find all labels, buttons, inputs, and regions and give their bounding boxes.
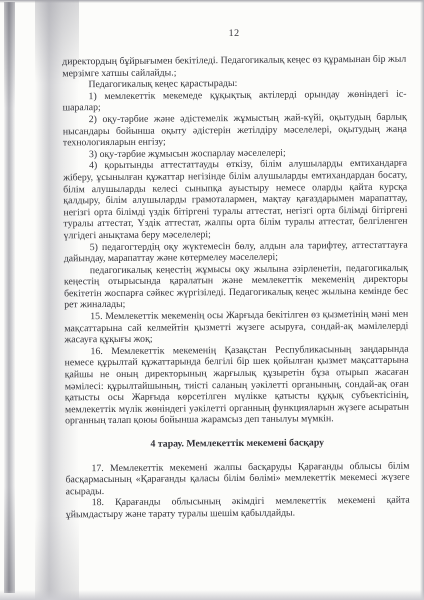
paragraph: 17. Мемлекеттік мекемені жалпы басқаруды… <box>65 460 409 497</box>
paragraph: 5) педагогтердің оқу жүктемесін бөлу, ал… <box>64 239 408 265</box>
chapter-heading: 4 тарау. Мемлекеттік мекемені басқару <box>65 437 409 451</box>
paragraph: 15. Мемлекеттік мекеменің осы Жарғыда бе… <box>64 309 408 346</box>
paragraph: 1) мемлекеттік мекемеде құқықтық актілер… <box>62 88 406 114</box>
paragraph: 16. Мемлекеттік мекеменің Қазақстан Респ… <box>64 343 409 427</box>
scanned-page: 12 директордың бұйрығымен бекітіледі. Пе… <box>0 0 424 600</box>
paragraph: 18. Қарағанды облысының әкімдігі мемлеке… <box>66 495 410 521</box>
page-number: 12 <box>62 27 406 41</box>
paragraph: 4) қорытынды аттестаттауды өткізу, білім… <box>63 158 408 242</box>
paragraph: директордың бұйрығымен бекітіледі. Педаг… <box>62 54 406 80</box>
paragraph: 2) оқу-тәрбие және әдістемелік жұмыстың … <box>63 112 407 149</box>
scan-edge-right <box>420 0 424 600</box>
body-text: директордың бұйрығымен бекітіледі. Педаг… <box>62 54 410 521</box>
text-block: 12 директордың бұйрығымен бекітіледі. Пе… <box>62 27 410 521</box>
scan-edge-bottom <box>0 590 424 600</box>
paragraph: педагогикалық кеңестің жұмысы оқу жылына… <box>64 262 408 311</box>
binding-shadow-stripe <box>4 2 15 593</box>
scan-edge-top <box>0 0 424 3</box>
